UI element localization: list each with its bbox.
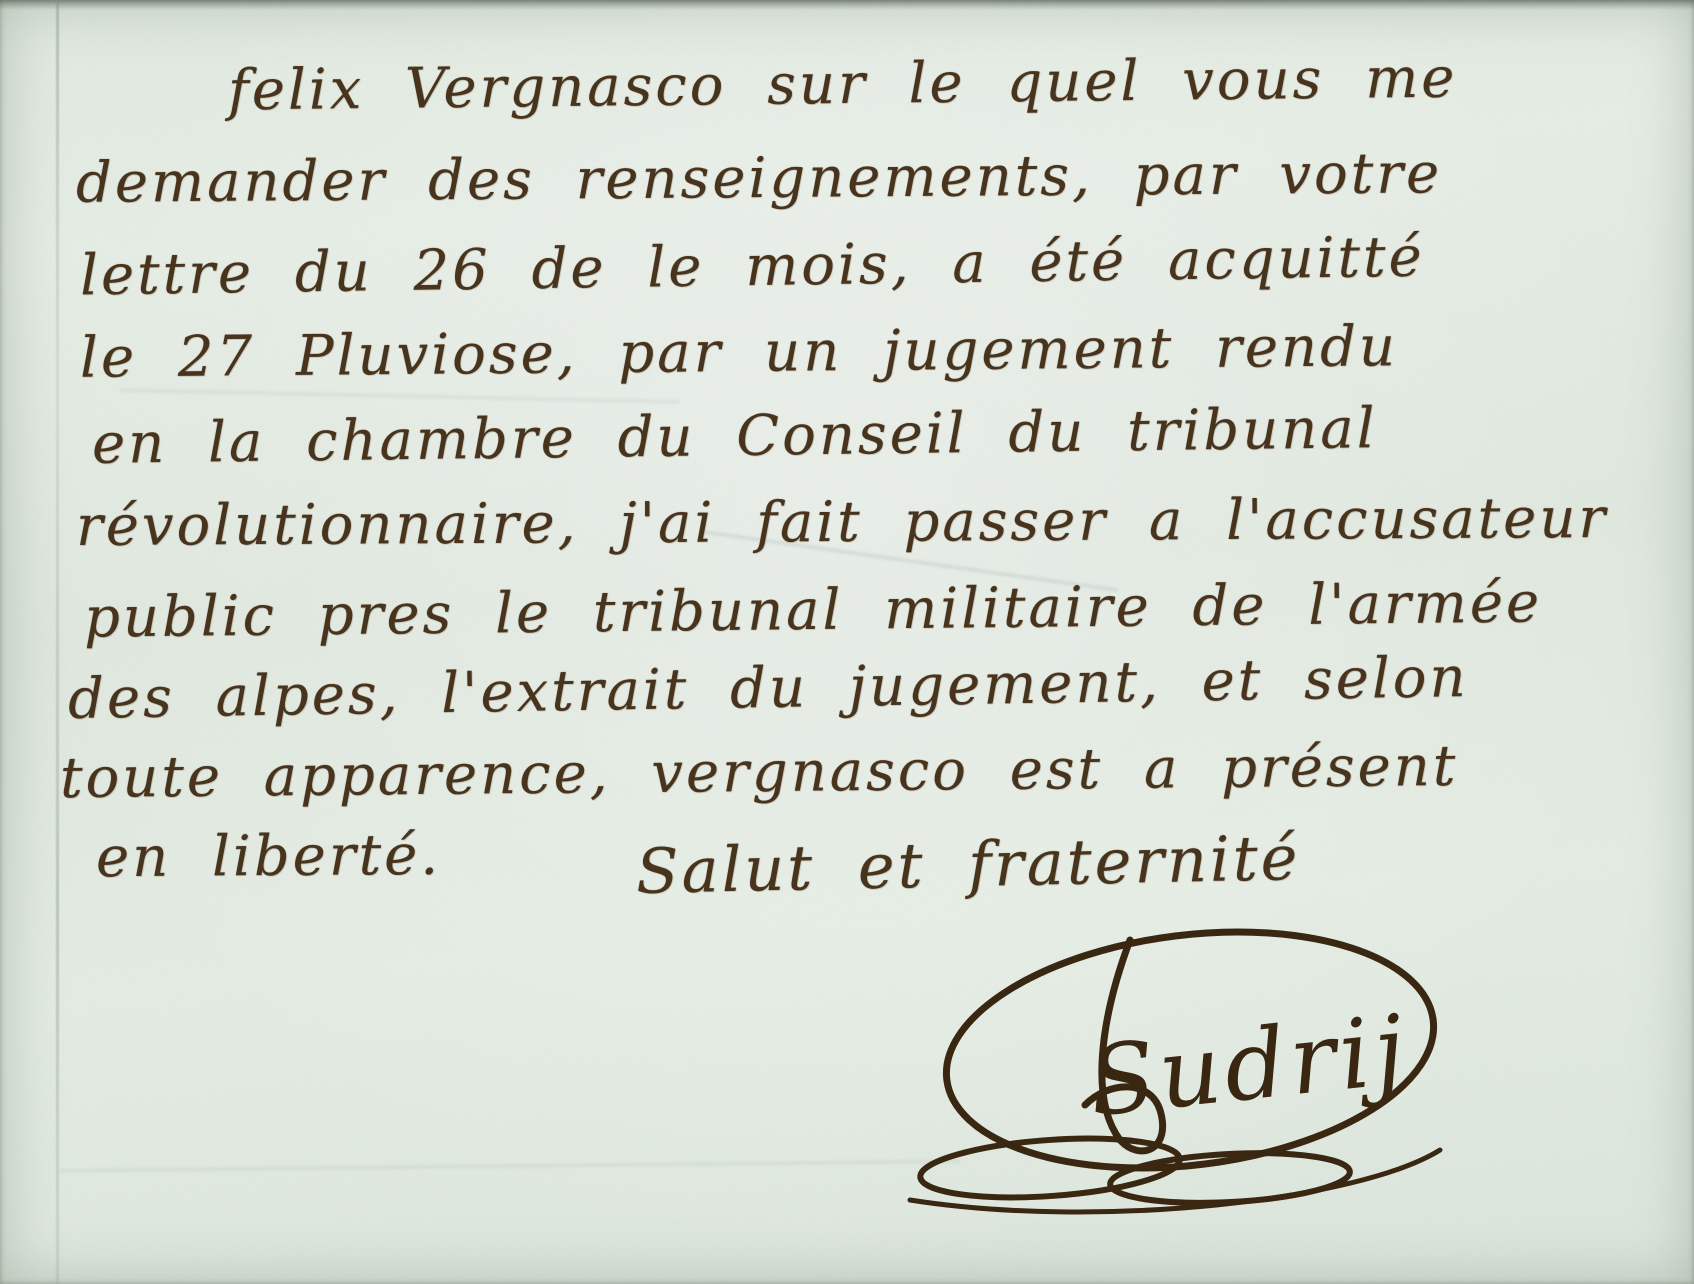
letter-line-4: le 27 Pluviose, par un jugement rendu	[80, 314, 1398, 390]
letter-line-5: en la chambre du Conseil du tribunal	[92, 396, 1378, 477]
letter-line-9: toute apparence, vergnasco est a présent	[60, 734, 1459, 811]
letter-line-6: révolutionnaire, j'ai fait passer a l'ac…	[76, 486, 1609, 559]
letter-closing-salutation: Salut et fraternité	[635, 821, 1301, 908]
letter-line-2: demander des renseignements, par votre	[76, 141, 1443, 216]
letter-line-3: lettre du 26 de le mois, a été acquitté	[80, 225, 1426, 309]
manuscript-letter-page: felix Vergnasco sur le quel vous me dema…	[0, 0, 1694, 1284]
letter-line-8: des alpes, l'extrait du jugement, et sel…	[68, 645, 1469, 732]
letter-line-1: felix Vergnasco sur le quel vous me	[228, 46, 1458, 124]
paper-fold-line	[56, 0, 59, 1284]
signature: Sudrij	[800, 900, 1500, 1240]
letter-line-7: public pres le tribunal militaire de l'a…	[84, 570, 1543, 650]
letter-line-10: en liberté.	[96, 823, 441, 890]
paper-top-edge-shadow	[0, 0, 1694, 10]
paper-crease	[120, 389, 680, 403]
